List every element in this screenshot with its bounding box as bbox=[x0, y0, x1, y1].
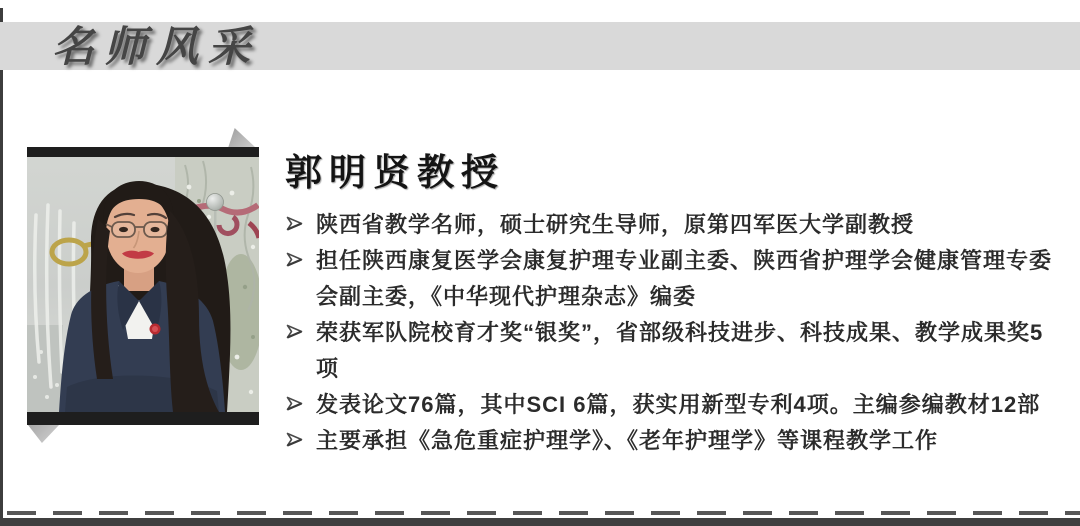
arrowhead-bullet-icon bbox=[286, 432, 303, 449]
arrowhead-bullet-icon bbox=[286, 324, 303, 341]
photo-frame-bottom-bar bbox=[27, 412, 259, 425]
portrait-photo bbox=[27, 147, 259, 425]
bullet-item: 陕西省教学名师，硕士研究生导师，原第四军医大学副教授 bbox=[285, 207, 1055, 243]
bullet-text: 荣获军队院校育才奖“银奖”，省部级科技进步、科技成果、教学成果奖5项 bbox=[316, 320, 1043, 381]
portrait-photo-image bbox=[27, 147, 259, 425]
bullet-text: 发表论文76篇，其中SCI 6篇，获实用新型专利4项。主编参编教材12部 bbox=[316, 392, 1040, 417]
bottom-dashed-divider bbox=[7, 511, 1080, 515]
arrowhead-bullet-icon bbox=[286, 396, 303, 413]
photo-corner-shadow-bottom-left bbox=[28, 425, 59, 443]
page-title: 名师风采 bbox=[52, 22, 260, 70]
bullet-item: 发表论文76篇，其中SCI 6篇，获实用新型专利4项。主编参编教材12部 bbox=[285, 387, 1055, 423]
bullet-text: 陕西省教学名师，硕士研究生导师，原第四军医大学副教授 bbox=[316, 212, 914, 237]
photo-corner-shadow-top-right bbox=[228, 128, 256, 148]
arrowhead-bullet-icon bbox=[286, 216, 303, 233]
bullet-item: 主要承担《急危重症护理学》、《老年护理学》等课程教学工作 bbox=[285, 423, 1055, 459]
professor-name: 郭明贤教授 bbox=[285, 142, 505, 196]
header-band: 名师风采 bbox=[0, 22, 1080, 70]
achievement-list: 陕西省教学名师，硕士研究生导师，原第四军医大学副教授 担任陕西康复医学会康复护理… bbox=[285, 207, 1055, 459]
bottom-edge-bar bbox=[0, 518, 1080, 526]
photo-frame-top-bar bbox=[27, 147, 259, 157]
bullet-item: 荣获军队院校育才奖“银奖”，省部级科技进步、科技成果、教学成果奖5项 bbox=[285, 315, 1055, 387]
bullet-text: 担任陕西康复医学会康复护理专业副主委、陕西省护理学会健康管理专委会副主委，《中华… bbox=[316, 248, 1052, 309]
left-edge-line bbox=[0, 8, 3, 526]
bullet-item: 担任陕西康复医学会康复护理专业副主委、陕西省护理学会健康管理专委会副主委，《中华… bbox=[285, 243, 1055, 315]
arrowhead-bullet-icon bbox=[286, 252, 303, 269]
bullet-text: 主要承担《急危重症护理学》、《老年护理学》等课程教学工作 bbox=[316, 428, 938, 453]
